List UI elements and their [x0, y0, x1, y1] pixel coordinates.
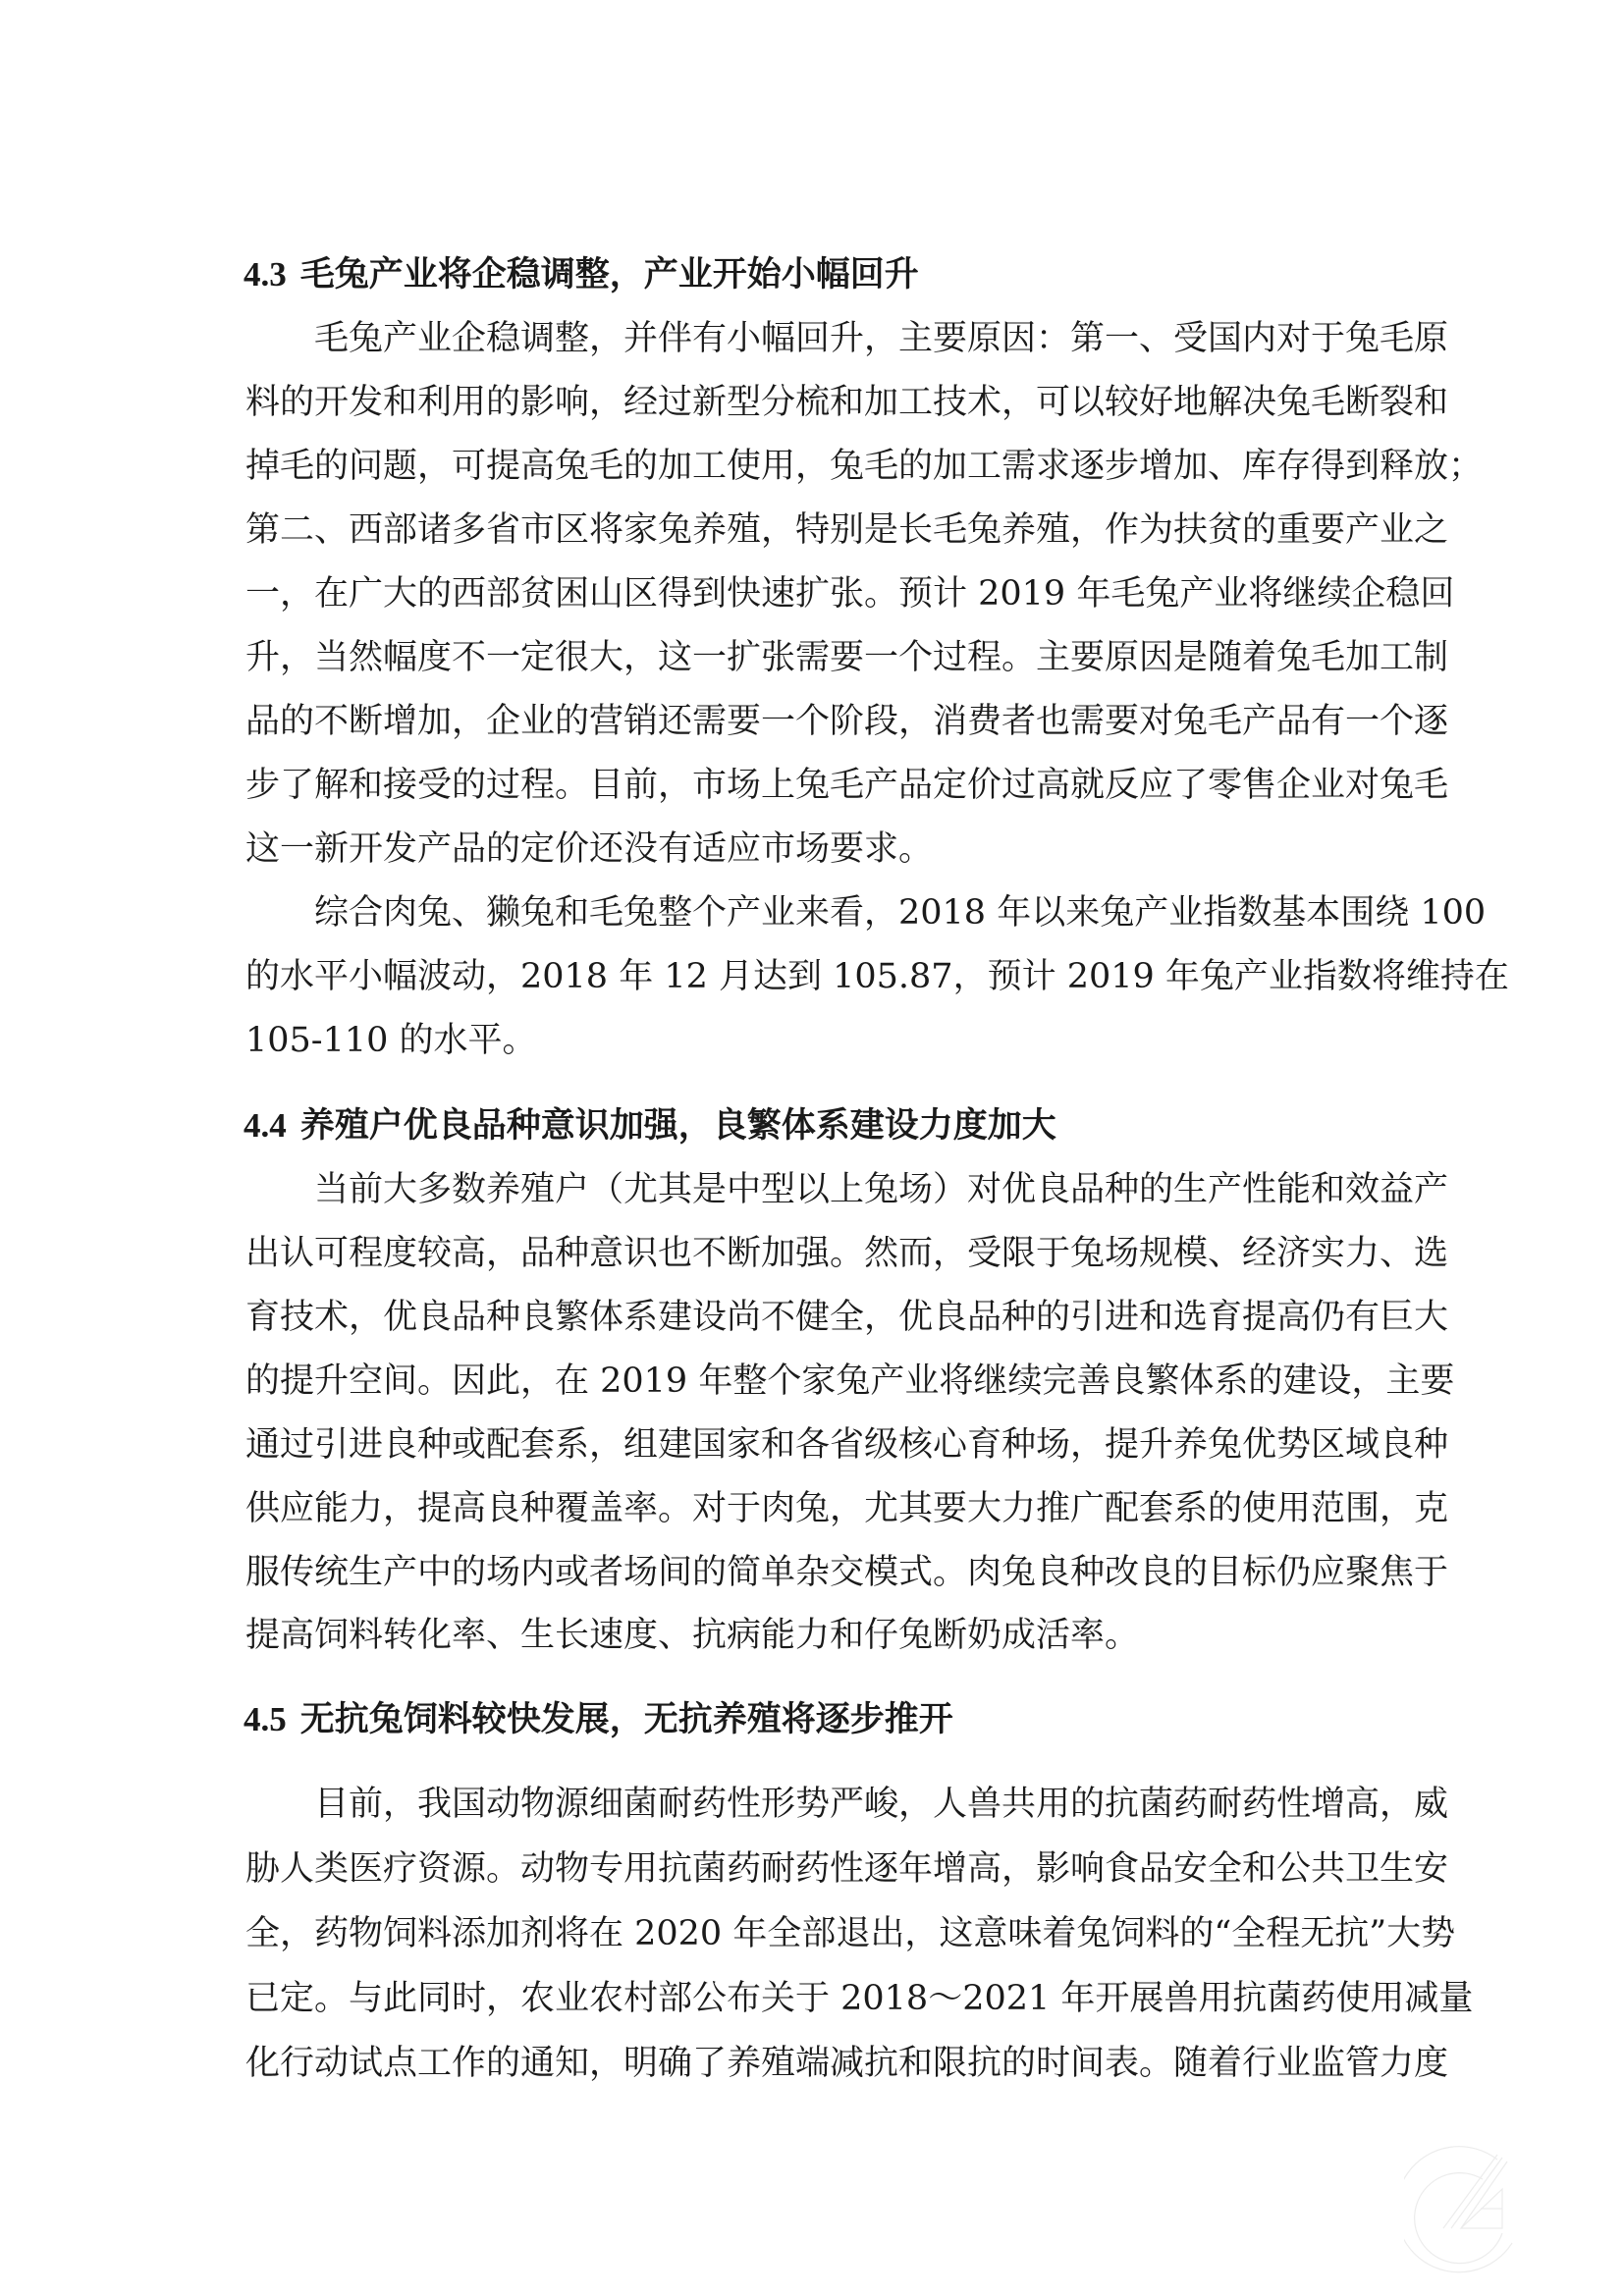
- paragraph-line: 品的不断增加，企业的营销还需要一个阶段，消费者也需要对兔毛产品有一个逐: [245, 699, 1384, 744]
- section-heading-4-5: 4.5无抗兔饲料较快发展，无抗养殖将逐步推开: [244, 1697, 953, 1742]
- paragraph-line: 一，在广大的西部贫困山区得到快速扩张。预计 2019 年毛兔产业将继续企稳回: [245, 571, 1384, 616]
- paragraph-line: 的提升空间。因此，在 2019 年整个家兔产业将继续完善良繁体系的建设，主要: [245, 1359, 1384, 1404]
- paragraph-line: 育技术，优良品种良繁体系建设尚不健全，优良品种的引进和选育提高仍有巨大: [245, 1295, 1384, 1340]
- section-title: 养殖户优良品种意识加强，良繁体系建设力度加大: [300, 1106, 1056, 1146]
- paragraph-line: 胁人类医疗资源。动物专用抗菌药耐药性逐年增高，影响食品安全和公共卫生安: [245, 1846, 1384, 1892]
- paragraph-line: 第二、西部诸多省市区将家兔养殖，特别是长毛兔养殖，作为扶贫的重要产业之: [245, 507, 1384, 553]
- paragraph-line: 化行动试点工作的通知，明确了养殖端减抗和限抗的时间表。随着行业监管力度: [245, 2041, 1384, 2086]
- paragraph-line: 目前，我国动物源细菌耐药性形势严峻，人兽共用的抗菌药耐药性增高，威: [314, 1782, 1384, 1827]
- paragraph-line: 已定。与此同时，农业农村部公布关于 2018～2021 年开展兽用抗菌药使用减量: [245, 1976, 1384, 2021]
- document-page: 4.3毛兔产业将企稳调整，产业开始小幅回升 毛兔产业企稳调整，并伴有小幅回升，主…: [0, 0, 1624, 2296]
- paragraph-line: 的水平小幅波动，2018 年 12 月达到 105.87，预计 2019 年兔产…: [245, 954, 1384, 999]
- section-title: 无抗兔饲料较快发展，无抗养殖将逐步推开: [300, 1700, 953, 1739]
- paragraph-line: 105-110 的水平。: [245, 1018, 1384, 1063]
- section-heading-4-3: 4.3毛兔产业将企稳调整，产业开始小幅回升: [244, 252, 919, 297]
- section-number: 4.3: [244, 255, 287, 294]
- paragraph-line: 通过引进良种或配套系，组建国家和各省级核心育种场，提升养兔优势区域良种: [245, 1422, 1384, 1468]
- section-number: 4.5: [244, 1700, 287, 1738]
- paragraph-line: 全，药物饲料添加剂将在 2020 年全部退出，这意味着兔饲料的“全程无抗”大势: [245, 1911, 1384, 1956]
- paragraph-line: 料的开发和利用的影响，经过新型分梳和加工技术，可以较好地解决兔毛断裂和: [245, 380, 1384, 425]
- paragraph-line: 当前大多数养殖户（尤其是中型以上兔场）对优良品种的生产性能和效益产: [314, 1167, 1384, 1212]
- section-title: 毛兔产业将企稳调整，产业开始小幅回升: [300, 255, 919, 294]
- paragraph-line: 掉毛的问题，可提高兔毛的加工使用，兔毛的加工需求逐步增加、库存得到释放；: [245, 444, 1384, 489]
- paragraph-line: 升，当然幅度不一定很大，这一扩张需要一个过程。主要原因是随着兔毛加工制: [245, 635, 1384, 680]
- paragraph-line: 综合肉兔、獭兔和毛兔整个产业来看，2018 年以来兔产业指数基本围绕 100: [314, 890, 1384, 935]
- section-heading-4-4: 4.4养殖户优良品种意识加强，良繁体系建设力度加大: [244, 1103, 1056, 1148]
- paragraph-line: 服传统生产中的场内或者场间的简单杂交模式。肉兔良种改良的目标仍应聚焦于: [245, 1550, 1384, 1595]
- paragraph-line: 毛兔产业企稳调整，并伴有小幅回升，主要原因：第一、受国内对于兔毛原: [314, 316, 1384, 361]
- paragraph-line: 供应能力，提高良种覆盖率。对于肉兔，尤其要大力推广配套系的使用范围，克: [245, 1486, 1384, 1531]
- paragraph-line: 提高饲料转化率、生长速度、抗病能力和仔兔断奶成活率。: [245, 1613, 1384, 1658]
- paragraph-line: 出认可程度较高，品种意识也不断加强。然而，受限于兔场规模、经济实力、选: [245, 1231, 1384, 1276]
- paragraph-line: 步了解和接受的过程。目前，市场上兔毛产品定价过高就反应了零售企业对兔毛: [245, 763, 1384, 808]
- publisher-logo-icon: [1404, 2140, 1542, 2277]
- paragraph-line: 这一新开发产品的定价还没有适应市场要求。: [245, 827, 1384, 872]
- section-number: 4.4: [244, 1106, 287, 1145]
